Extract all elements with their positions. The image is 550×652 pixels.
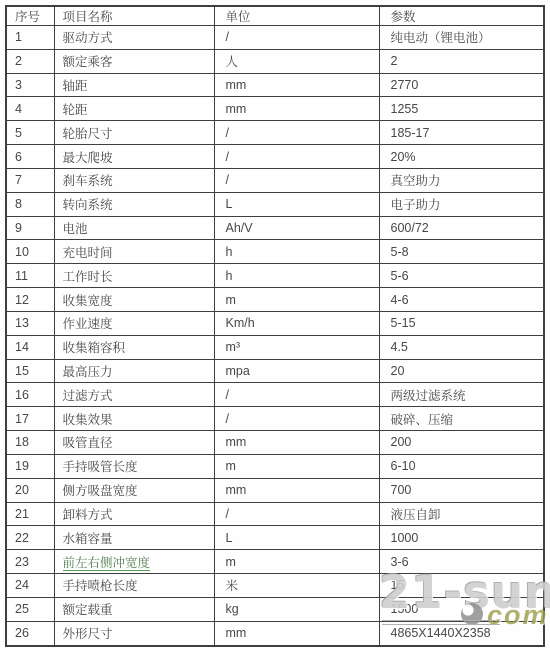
cell-unit: / bbox=[214, 168, 379, 192]
cell-parameter: 700 bbox=[379, 478, 544, 502]
item-name-text: 过滤方式 bbox=[63, 389, 113, 403]
cell-unit: 米 bbox=[214, 574, 379, 598]
item-name-text: 最大爬坡 bbox=[63, 151, 113, 165]
cell-parameter: 600/72 bbox=[379, 216, 544, 240]
item-name-text: 收集效果 bbox=[63, 413, 113, 427]
table-row: 7 刹车系统 / 真空助力 bbox=[6, 168, 544, 192]
cell-item-name: 轮胎尺寸 bbox=[54, 121, 214, 145]
cell-parameter: 200 bbox=[379, 431, 544, 455]
cell-parameter: 6-10 bbox=[379, 454, 544, 478]
cell-unit: Ah/V bbox=[214, 216, 379, 240]
cell-parameter: 真空助力 bbox=[379, 168, 544, 192]
cell-item-name: 收集宽度 bbox=[54, 288, 214, 312]
cell-row-number: 13 bbox=[6, 311, 54, 335]
cell-unit: mm bbox=[214, 73, 379, 97]
cell-item-name: 额定载重 bbox=[54, 597, 214, 621]
header-cell-name: 项目名称 bbox=[54, 6, 214, 26]
cell-row-number: 7 bbox=[6, 168, 54, 192]
item-name-text: 转向系统 bbox=[63, 198, 113, 212]
cell-parameter: 5-8 bbox=[379, 240, 544, 264]
cell-item-name: 作业速度 bbox=[54, 311, 214, 335]
cell-unit: h bbox=[214, 240, 379, 264]
cell-item-name: 手持吸管长度 bbox=[54, 454, 214, 478]
cell-unit: 人 bbox=[214, 49, 379, 73]
cell-row-number: 3 bbox=[6, 73, 54, 97]
item-name-text: 侧方吸盘宽度 bbox=[63, 484, 138, 498]
spec-table: 序号 项目名称 单位 参数 1 驱动方式 / 纯电动（锂电池） 2 额定乘客 人… bbox=[5, 5, 545, 647]
item-name-text: 卸料方式 bbox=[63, 508, 113, 522]
table-row: 10 充电时间 h 5-8 bbox=[6, 240, 544, 264]
cell-row-number: 11 bbox=[6, 264, 54, 288]
cell-parameter: 电子助力 bbox=[379, 192, 544, 216]
cell-unit: / bbox=[214, 121, 379, 145]
cell-parameter: 纯电动（锂电池） bbox=[379, 26, 544, 50]
cell-item-name: 轴距 bbox=[54, 73, 214, 97]
cell-unit: m bbox=[214, 454, 379, 478]
cell-parameter: 15 bbox=[379, 574, 544, 598]
cell-parameter: 5-6 bbox=[379, 264, 544, 288]
cell-row-number: 6 bbox=[6, 145, 54, 169]
table-row: 6 最大爬坡 / 20% bbox=[6, 145, 544, 169]
item-name-text: 轴距 bbox=[63, 79, 88, 93]
cell-item-name: 最高压力 bbox=[54, 359, 214, 383]
table-row: 24 手持喷枪长度 米 15 bbox=[6, 574, 544, 598]
cell-item-name: 侧方吸盘宽度 bbox=[54, 478, 214, 502]
cell-item-name: 最大爬坡 bbox=[54, 145, 214, 169]
cell-item-name: 充电时间 bbox=[54, 240, 214, 264]
header-cell-unit: 单位 bbox=[214, 6, 379, 26]
cell-unit: L bbox=[214, 526, 379, 550]
cell-row-number: 16 bbox=[6, 383, 54, 407]
item-name-link[interactable]: 前左右侧冲宽度 bbox=[63, 556, 151, 571]
table-row: 25 额定载重 kg 1500 bbox=[6, 597, 544, 621]
table-row: 21 卸料方式 / 液压自卸 bbox=[6, 502, 544, 526]
cell-parameter: 两级过滤系统 bbox=[379, 383, 544, 407]
cell-parameter: 1255 bbox=[379, 97, 544, 121]
cell-item-name: 收集效果 bbox=[54, 407, 214, 431]
cell-row-number: 21 bbox=[6, 502, 54, 526]
header-cell-no: 序号 bbox=[6, 6, 54, 26]
cell-unit: h bbox=[214, 264, 379, 288]
cell-row-number: 4 bbox=[6, 97, 54, 121]
cell-parameter: 5-15 bbox=[379, 311, 544, 335]
item-name-text: 刹车系统 bbox=[63, 174, 113, 188]
header-cell-value: 参数 bbox=[379, 6, 544, 26]
cell-row-number: 14 bbox=[6, 335, 54, 359]
table-row: 11 工作时长 h 5-6 bbox=[6, 264, 544, 288]
item-name-text: 额定载重 bbox=[63, 603, 113, 617]
item-name-text: 充电时间 bbox=[63, 246, 113, 260]
cell-item-name: 过滤方式 bbox=[54, 383, 214, 407]
cell-row-number: 22 bbox=[6, 526, 54, 550]
table-row: 4 轮距 mm 1255 bbox=[6, 97, 544, 121]
item-name-text: 收集箱容积 bbox=[63, 341, 126, 355]
cell-parameter: 20% bbox=[379, 145, 544, 169]
cell-item-name: 轮距 bbox=[54, 97, 214, 121]
spec-table-body: 1 驱动方式 / 纯电动（锂电池） 2 额定乘客 人 2 3 轴距 mm 277… bbox=[6, 26, 544, 647]
cell-item-name: 驱动方式 bbox=[54, 26, 214, 50]
cell-item-name: 工作时长 bbox=[54, 264, 214, 288]
cell-row-number: 12 bbox=[6, 288, 54, 312]
cell-parameter: 1000 bbox=[379, 526, 544, 550]
cell-row-number: 17 bbox=[6, 407, 54, 431]
cell-parameter: 2770 bbox=[379, 73, 544, 97]
cell-unit: Km/h bbox=[214, 311, 379, 335]
cell-item-name: 卸料方式 bbox=[54, 502, 214, 526]
cell-item-name: 转向系统 bbox=[54, 192, 214, 216]
cell-unit: kg bbox=[214, 597, 379, 621]
cell-parameter: 4-6 bbox=[379, 288, 544, 312]
cell-row-number: 24 bbox=[6, 574, 54, 598]
table-row: 23 前左右侧冲宽度 m 3-6 bbox=[6, 550, 544, 574]
cell-unit: m bbox=[214, 288, 379, 312]
cell-row-number: 9 bbox=[6, 216, 54, 240]
cell-parameter: 185-17 bbox=[379, 121, 544, 145]
cell-unit: m³ bbox=[214, 335, 379, 359]
table-row: 2 额定乘客 人 2 bbox=[6, 49, 544, 73]
cell-row-number: 10 bbox=[6, 240, 54, 264]
table-row: 22 水箱容量 L 1000 bbox=[6, 526, 544, 550]
item-name-text: 手持喷枪长度 bbox=[63, 579, 138, 593]
cell-row-number: 15 bbox=[6, 359, 54, 383]
item-name-text: 收集宽度 bbox=[63, 294, 113, 308]
cell-unit: / bbox=[214, 383, 379, 407]
table-row: 13 作业速度 Km/h 5-15 bbox=[6, 311, 544, 335]
item-name-text: 轮胎尺寸 bbox=[63, 127, 113, 141]
cell-item-name: 水箱容量 bbox=[54, 526, 214, 550]
cell-unit: m bbox=[214, 550, 379, 574]
cell-row-number: 20 bbox=[6, 478, 54, 502]
item-name-text: 工作时长 bbox=[63, 270, 113, 284]
cell-unit: / bbox=[214, 26, 379, 50]
cell-item-name: 前左右侧冲宽度 bbox=[54, 550, 214, 574]
cell-unit: / bbox=[214, 407, 379, 431]
cell-parameter: 破碎、压缩 bbox=[379, 407, 544, 431]
item-name-text: 吸管直径 bbox=[63, 436, 113, 450]
table-row: 26 外形尺寸 mm 4865X1440X2358 bbox=[6, 621, 544, 646]
item-name-text: 外形尺寸 bbox=[63, 627, 113, 641]
item-name-text: 驱动方式 bbox=[63, 31, 113, 45]
spec-table-container: 序号 项目名称 单位 参数 1 驱动方式 / 纯电动（锂电池） 2 额定乘客 人… bbox=[5, 5, 545, 647]
cell-parameter: 液压自卸 bbox=[379, 502, 544, 526]
item-name-text: 手持吸管长度 bbox=[63, 460, 138, 474]
cell-item-name: 额定乘客 bbox=[54, 49, 214, 73]
cell-unit: mm bbox=[214, 621, 379, 646]
table-row: 3 轴距 mm 2770 bbox=[6, 73, 544, 97]
item-name-text: 作业速度 bbox=[63, 317, 113, 331]
cell-row-number: 1 bbox=[6, 26, 54, 50]
item-name-text: 额定乘客 bbox=[63, 55, 113, 69]
cell-row-number: 18 bbox=[6, 431, 54, 455]
table-row: 5 轮胎尺寸 / 185-17 bbox=[6, 121, 544, 145]
cell-unit: L bbox=[214, 192, 379, 216]
table-row: 16 过滤方式 / 两级过滤系统 bbox=[6, 383, 544, 407]
cell-parameter: 4.5 bbox=[379, 335, 544, 359]
cell-row-number: 25 bbox=[6, 597, 54, 621]
table-row: 19 手持吸管长度 m 6-10 bbox=[6, 454, 544, 478]
table-row: 9 电池 Ah/V 600/72 bbox=[6, 216, 544, 240]
cell-row-number: 23 bbox=[6, 550, 54, 574]
cell-item-name: 手持喷枪长度 bbox=[54, 574, 214, 598]
cell-unit: mm bbox=[214, 478, 379, 502]
table-row: 18 吸管直径 mm 200 bbox=[6, 431, 544, 455]
cell-unit: mm bbox=[214, 97, 379, 121]
cell-unit: mm bbox=[214, 431, 379, 455]
item-name-text: 轮距 bbox=[63, 103, 88, 117]
cell-item-name: 收集箱容积 bbox=[54, 335, 214, 359]
table-row: 8 转向系统 L 电子助力 bbox=[6, 192, 544, 216]
table-row: 12 收集宽度 m 4-6 bbox=[6, 288, 544, 312]
table-row: 1 驱动方式 / 纯电动（锂电池） bbox=[6, 26, 544, 50]
cell-parameter: 3-6 bbox=[379, 550, 544, 574]
cell-unit: mpa bbox=[214, 359, 379, 383]
cell-parameter: 4865X1440X2358 bbox=[379, 621, 544, 646]
cell-parameter: 1500 bbox=[379, 597, 544, 621]
header-row: 序号 项目名称 单位 参数 bbox=[6, 6, 544, 26]
cell-unit: / bbox=[214, 502, 379, 526]
item-name-text: 最高压力 bbox=[63, 365, 113, 379]
cell-row-number: 19 bbox=[6, 454, 54, 478]
cell-item-name: 吸管直径 bbox=[54, 431, 214, 455]
cell-parameter: 2 bbox=[379, 49, 544, 73]
item-name-text: 电池 bbox=[63, 222, 88, 236]
item-name-text: 水箱容量 bbox=[63, 532, 113, 546]
cell-item-name: 刹车系统 bbox=[54, 168, 214, 192]
table-row: 15 最高压力 mpa 20 bbox=[6, 359, 544, 383]
cell-row-number: 26 bbox=[6, 621, 54, 646]
cell-row-number: 2 bbox=[6, 49, 54, 73]
cell-unit: / bbox=[214, 145, 379, 169]
cell-row-number: 8 bbox=[6, 192, 54, 216]
cell-item-name: 电池 bbox=[54, 216, 214, 240]
cell-row-number: 5 bbox=[6, 121, 54, 145]
cell-parameter: 20 bbox=[379, 359, 544, 383]
table-row: 20 侧方吸盘宽度 mm 700 bbox=[6, 478, 544, 502]
table-row: 14 收集箱容积 m³ 4.5 bbox=[6, 335, 544, 359]
cell-item-name: 外形尺寸 bbox=[54, 621, 214, 646]
table-row: 17 收集效果 / 破碎、压缩 bbox=[6, 407, 544, 431]
